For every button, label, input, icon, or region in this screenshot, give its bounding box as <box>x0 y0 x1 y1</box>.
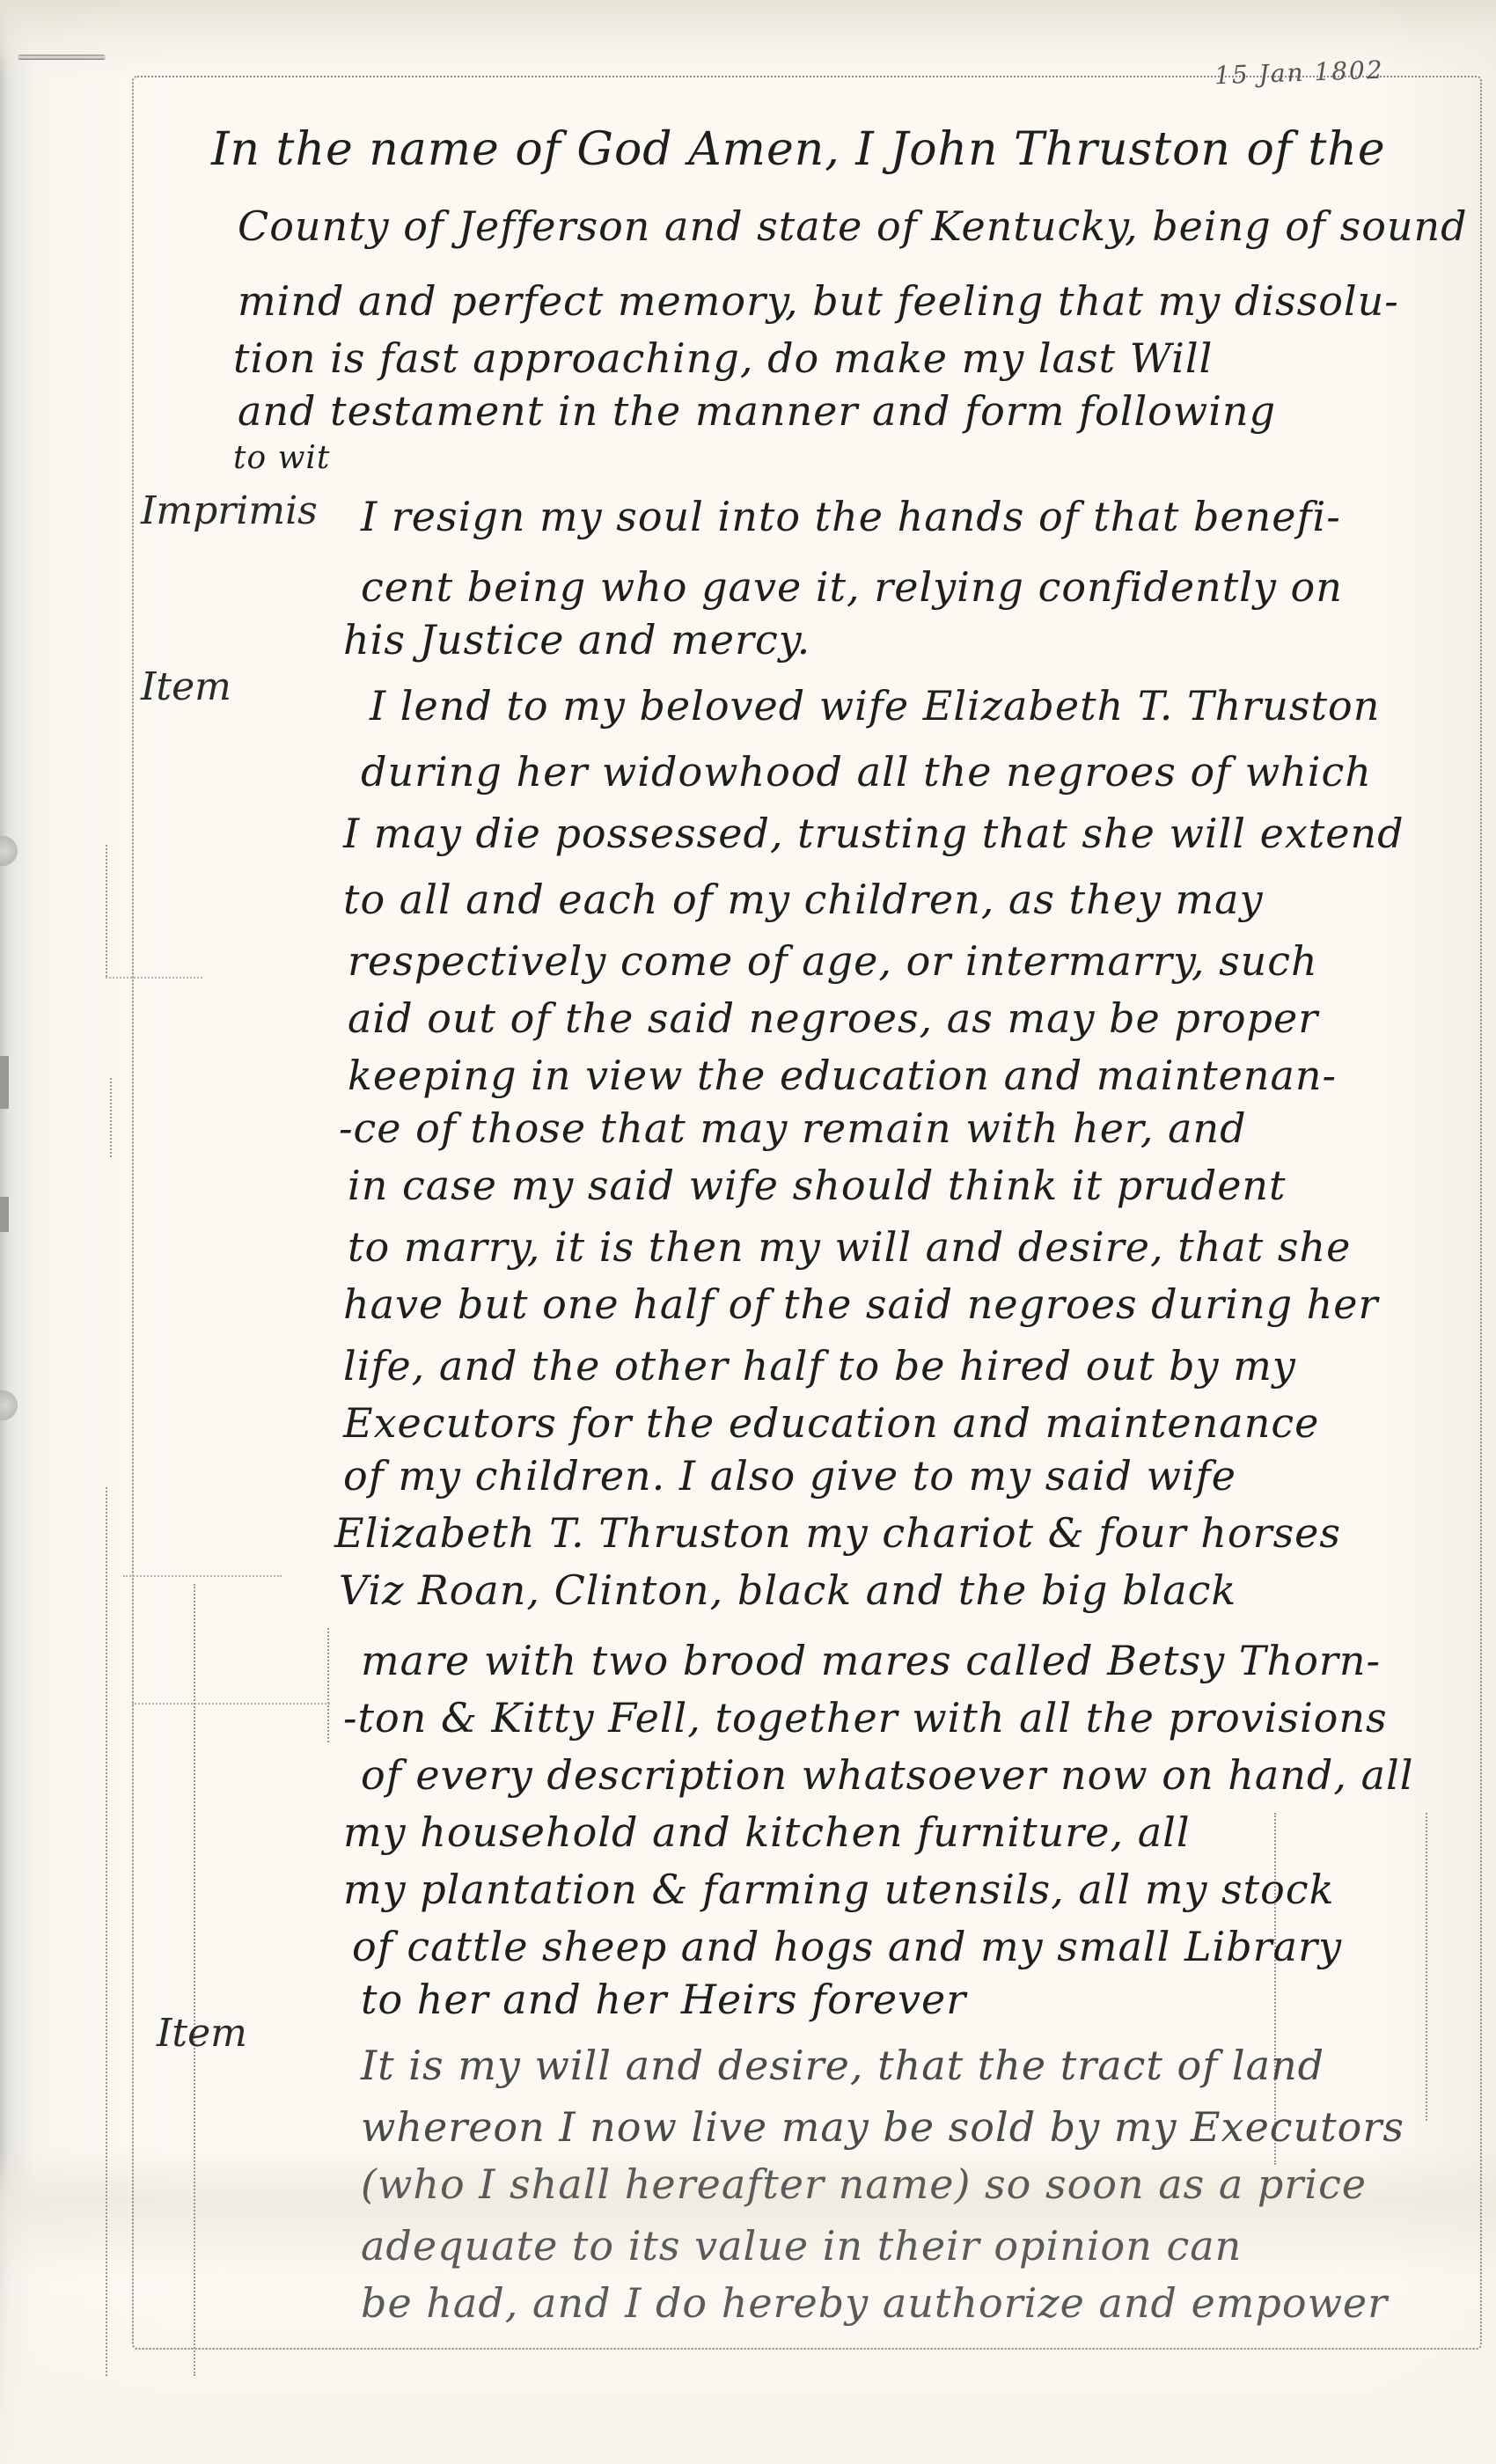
margin-heading-item: Item <box>157 2011 247 2056</box>
text-line: keeping in view the education and mainte… <box>348 1052 1337 1099</box>
page-edge-tab <box>0 1197 9 1232</box>
margin-rule <box>110 1078 112 1157</box>
text-line: tion is fast approaching, do make my las… <box>233 334 1213 382</box>
text-line: my plantation & farming utensils, all my… <box>343 1866 1334 1913</box>
text-line: I may die possessed, trusting that she w… <box>343 810 1404 857</box>
text-line: of every description whatsoever now on h… <box>361 1751 1413 1799</box>
text-line: Elizabeth T. Thruston my chariot & four … <box>334 1509 1341 1557</box>
text-line: Executors for the education and maintena… <box>343 1399 1319 1447</box>
margin-rule <box>106 845 107 977</box>
text-line: I lend to my beloved wife Elizabeth T. T… <box>370 682 1380 730</box>
text-line: in case my said wife should think it pru… <box>348 1162 1287 1209</box>
text-line: mare with two brood mares called Betsy T… <box>361 1637 1381 1684</box>
margin-rule <box>123 1575 282 1577</box>
text-line: of my children. I also give to my said w… <box>343 1452 1236 1500</box>
text-line: -ton & Kitty Fell, together with all the… <box>343 1694 1388 1742</box>
margin-rule <box>327 1628 329 1742</box>
text-line: respectively come of age, or intermarry,… <box>348 937 1318 985</box>
text-line: It is my will and desire, that the tract… <box>361 2042 1324 2089</box>
text-line: his Justice and mercy. <box>343 616 810 664</box>
text-line: I resign my soul into the hands of that … <box>361 493 1341 540</box>
staple-icon <box>18 55 106 60</box>
text-line: aid out of the said negroes, as may be p… <box>348 994 1318 1042</box>
punch-hole-icon <box>0 836 18 866</box>
text-line: to marry, it is then my will and desire,… <box>348 1223 1351 1271</box>
text-line: to all and each of my children, as they … <box>343 876 1264 923</box>
text-line: Viz Roan, Clinton, black and the big bla… <box>339 1566 1236 1614</box>
text-line: be had, and I do hereby authorize and em… <box>361 2279 1388 2327</box>
text-line: of cattle sheep and hogs and my small Li… <box>352 1923 1342 1970</box>
text-line: and testament in the manner and form fol… <box>238 387 1276 435</box>
text-line: have but one half of the said negroes du… <box>343 1280 1378 1328</box>
margin-rule <box>194 1584 195 2376</box>
punch-hole-icon <box>0 1390 18 1420</box>
margin-rule <box>106 1487 107 2376</box>
margin-heading-imprimis: Imprimis <box>141 488 318 533</box>
margin-rule <box>106 977 202 979</box>
text-line: -ce of those that may remain with her, a… <box>339 1104 1247 1152</box>
date-annotation: 15 Jan 1802 <box>1214 55 1384 91</box>
text-line: to her and her Heirs forever <box>361 1976 966 2023</box>
text-line: adequate to its value in their opinion c… <box>361 2222 1242 2270</box>
scanned-page: 15 Jan 1802 Imprimis Item Item In the na… <box>0 0 1496 2464</box>
text-line: County of Jefferson and state of Kentuck… <box>238 202 1468 250</box>
page-edge-tab <box>0 1056 9 1109</box>
text-line: In the name of God Amen, I John Thruston… <box>211 123 1386 176</box>
margin-rule <box>132 1703 330 1705</box>
text-line: my household and kitchen furniture, all <box>343 1808 1191 1856</box>
text-line: mind and perfect memory, but feeling tha… <box>238 277 1399 325</box>
text-line: cent being who gave it, relying confiden… <box>361 563 1343 611</box>
text-line: during her widowhood all the negroes of … <box>361 748 1372 796</box>
text-line: life, and the other half to be hired out… <box>343 1342 1296 1390</box>
text-line: whereon I now live may be sold by my Exe… <box>361 2103 1404 2151</box>
margin-rule <box>1426 1813 1427 2121</box>
text-line: to wit <box>233 440 330 476</box>
margin-heading-item: Item <box>141 664 231 709</box>
text-line: (who I shall hereafter name) so soon as … <box>361 2160 1367 2208</box>
